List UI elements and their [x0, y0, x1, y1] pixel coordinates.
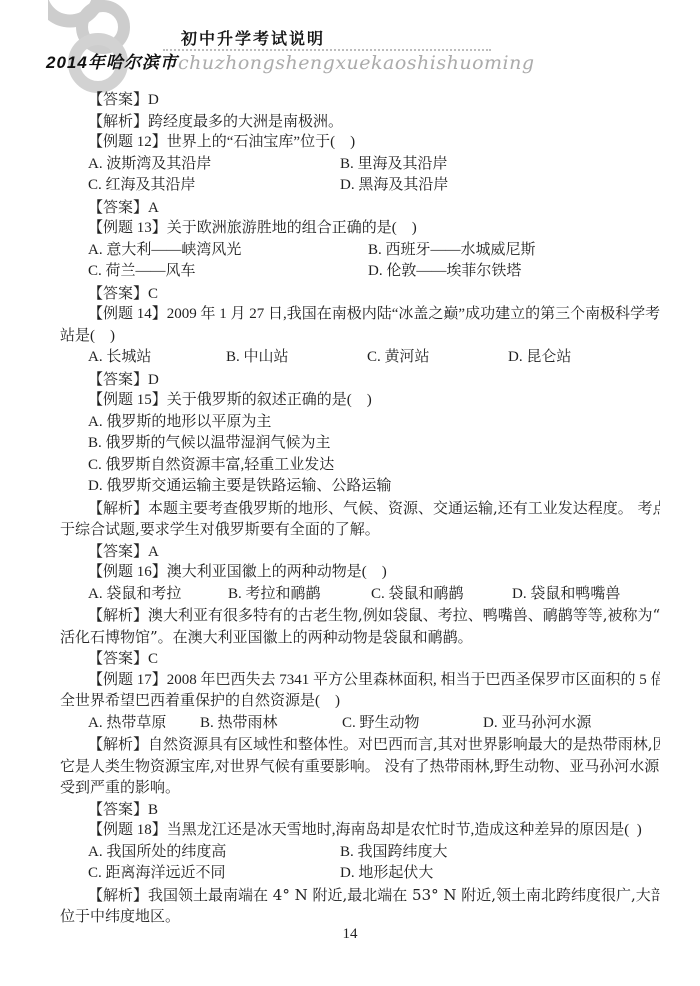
- option-item: B. 里海及其沿岸: [340, 154, 448, 176]
- option-line: C. 俄罗斯自然资源丰富,轻重工业发达: [60, 455, 660, 477]
- question-label: 【例题 18】: [88, 822, 167, 838]
- answer-line: 【答案】D: [60, 89, 660, 111]
- edition-title: 2014年哈尔滨市: [46, 48, 178, 73]
- answer-value: B: [148, 802, 158, 818]
- option-item: D. 地形起伏大: [340, 863, 433, 885]
- answer-value: A: [148, 544, 159, 560]
- answer-label: 【答案】: [88, 649, 148, 667]
- option-item: A. 波斯湾及其沿岸: [88, 154, 340, 176]
- option-item: A. 热带草原: [88, 713, 200, 735]
- question-text: 澳大利亚国徽上的两种动物是( ): [167, 564, 387, 580]
- question-line: 【例题 13】关于欧洲旅游胜地的组合正确的是( ): [60, 218, 660, 240]
- analysis-text: 本题主要考查俄罗斯的地形、气候、资源、交通运输,还有工业发达程度。 考点多,属: [148, 499, 660, 517]
- question-line: 【例题 18】当黑龙江还是冰天雪地时,海南岛却是农忙时节,造成这种差异的原因是(…: [60, 820, 660, 842]
- answer-line: 【答案】C: [60, 648, 660, 670]
- option-item: A. 长城站: [88, 347, 226, 369]
- answer-line: 【答案】D: [60, 369, 660, 391]
- analysis-text: 它是人类生物资源宝库,对世界气候有重要影响。 没有了热带雨林,野生动物、亚马孙河…: [60, 757, 660, 775]
- analysis-text: 跨经度最多的大洲是南极洲。: [148, 112, 343, 130]
- option-item: C. 荷兰——风车: [88, 261, 368, 283]
- dotted-divider: [163, 49, 491, 51]
- option-item: C. 红海及其沿岸: [88, 175, 340, 197]
- option-item: D. 亚马孙河水源: [483, 713, 591, 735]
- option-item: C. 黄河站: [367, 347, 508, 369]
- question-text: 2008 年巴西失去 7341 平方公里森林面积, 相当于巴西圣保罗市区面积的 …: [167, 672, 660, 688]
- analysis-label: 【解析】: [88, 112, 148, 130]
- analysis-text: 活化石博物馆”。在澳大利亚国徽上的两种动物是袋鼠和鸸鹋。: [60, 628, 473, 646]
- question-label: 【例题 14】: [88, 306, 167, 322]
- option-item: C. 距离海洋远近不同: [88, 863, 340, 885]
- analysis-label: 【解析】: [88, 499, 148, 517]
- answer-value: C: [148, 286, 158, 302]
- option-item: A. 我国所处的纬度高: [88, 842, 340, 864]
- option-item: D. 黑海及其沿岸: [340, 175, 448, 197]
- option-line: A. 俄罗斯的地形以平原为主: [60, 412, 660, 434]
- question-line: 【例题 15】关于俄罗斯的叙述正确的是( ): [60, 390, 660, 412]
- option-item: B. 考拉和鸸鹋: [228, 584, 371, 606]
- question-text: 关于俄罗斯的叙述正确的是( ): [167, 392, 372, 408]
- question-line: 【例题 17】2008 年巴西失去 7341 平方公里森林面积, 相当于巴西圣保…: [60, 670, 660, 692]
- analysis-text: 自然资源具有区域性和整体性。对巴西而言,其对世界影响最大的是热带雨林,因为: [148, 735, 660, 753]
- book-title: 初中升学考试说明: [181, 26, 325, 49]
- answer-label: 【答案】: [88, 370, 148, 388]
- question-continuation-line: 全世界希望巴西着重保护的自然资源是( ): [60, 691, 660, 713]
- question-line: 【例题 14】2009 年 1 月 27 日,我国在南极内陆“冰盖之巅”成功建立…: [60, 304, 660, 326]
- question-continuation-line: 站是( ): [60, 326, 660, 348]
- option-line: B. 俄罗斯的气候以温带湿润气候为主: [60, 433, 660, 455]
- answer-line: 【答案】C: [60, 283, 660, 305]
- analysis-label: 【解析】: [88, 886, 148, 904]
- analysis-continuation-line: 于综合试题,要求学生对俄罗斯要有全面的了解。: [60, 519, 660, 541]
- analysis-text: 位于中纬度地区。: [60, 907, 180, 925]
- question-text: 2009 年 1 月 27 日,我国在南极内陆“冰盖之巅”成功建立的第三个南极科…: [167, 306, 660, 322]
- answer-value: A: [148, 200, 159, 216]
- question-line: 【例题 16】澳大利亚国徽上的两种动物是( ): [60, 562, 660, 584]
- options-row: A. 长城站B. 中山站C. 黄河站D. 昆仑站: [60, 347, 660, 369]
- option-item: D. 袋鼠和鸭嘴兽: [512, 584, 620, 606]
- analysis-line: 【解析】本题主要考查俄罗斯的地形、气候、资源、交通运输,还有工业发达程度。 考点…: [60, 498, 660, 520]
- option-item: B. 西班牙——水城威尼斯: [368, 240, 536, 262]
- answer-label: 【答案】: [88, 542, 148, 560]
- option-item: B. 中山站: [226, 347, 367, 369]
- question-label: 【例题 15】: [88, 392, 167, 408]
- options-row: C. 红海及其沿岸D. 黑海及其沿岸: [60, 175, 660, 197]
- analysis-label: 【解析】: [88, 735, 148, 753]
- analysis-text: 我国领土最南端在 4° N 附近,最北端在 53° N 附近,领土南北跨纬度很广…: [148, 886, 660, 904]
- question-label: 【例题 13】: [88, 220, 167, 236]
- answer-label: 【答案】: [88, 800, 148, 818]
- option-item: B. 俄罗斯的气候以温带湿润气候为主: [88, 435, 331, 451]
- analysis-text: 受到严重的影响。: [60, 778, 180, 796]
- answer-line: 【答案】A: [60, 197, 660, 219]
- option-item: D. 俄罗斯交通运输主要是铁路运输、公路运输: [88, 478, 391, 494]
- document-body: 【答案】D 【解析】跨经度最多的大洲是南极洲。 【例题 12】世界上的“石油宝库…: [60, 89, 660, 928]
- question-label: 【例题 17】: [88, 672, 167, 688]
- option-item: D. 昆仑站: [508, 347, 571, 369]
- option-item: C. 俄罗斯自然资源丰富,轻重工业发达: [88, 457, 334, 473]
- answer-value: C: [148, 651, 158, 667]
- options-row: A. 意大利——峡湾风光B. 西班牙——水城威尼斯: [60, 240, 660, 262]
- option-item: A. 意大利——峡湾风光: [88, 240, 368, 262]
- question-label: 【例题 16】: [88, 564, 167, 580]
- options-row: C. 距离海洋远近不同D. 地形起伏大: [60, 863, 660, 885]
- page-header: 2014年哈尔滨市 初中升学考试说明 chuzhongshengxuekaosh…: [0, 0, 700, 88]
- analysis-line: 【解析】自然资源具有区域性和整体性。对巴西而言,其对世界影响最大的是热带雨林,因…: [60, 734, 660, 756]
- analysis-text: 于综合试题,要求学生对俄罗斯要有全面的了解。: [60, 520, 380, 538]
- question-line: 【例题 12】世界上的“石油宝库”位于( ): [60, 132, 660, 154]
- question-text: 世界上的“石油宝库”位于( ): [167, 134, 355, 150]
- options-row: A. 波斯湾及其沿岸B. 里海及其沿岸: [60, 154, 660, 176]
- question-text: 全世界希望巴西着重保护的自然资源是( ): [60, 693, 340, 709]
- answer-value: D: [148, 372, 159, 388]
- question-text: 站是( ): [60, 328, 115, 344]
- analysis-label: 【解析】: [88, 606, 148, 624]
- options-row: A. 袋鼠和考拉B. 考拉和鸸鹋C. 袋鼠和鸸鹋D. 袋鼠和鸭嘴兽: [60, 584, 660, 606]
- question-text: 关于欧洲旅游胜地的组合正确的是( ): [167, 220, 417, 236]
- analysis-line: 【解析】澳大利亚有很多特有的古老生物,例如袋鼠、考拉、鸭嘴兽、鸸鹋等等,被称为“…: [60, 605, 660, 627]
- page-number: 14: [0, 926, 700, 943]
- option-item: C. 袋鼠和鸸鹋: [371, 584, 512, 606]
- analysis-continuation-line: 位于中纬度地区。: [60, 906, 660, 928]
- analysis-line: 【解析】我国领土最南端在 4° N 附近,最北端在 53° N 附近,领土南北跨…: [60, 885, 660, 907]
- option-item: B. 我国跨纬度大: [340, 842, 448, 864]
- answer-line: 【答案】A: [60, 541, 660, 563]
- answer-label: 【答案】: [88, 284, 148, 302]
- pinyin-subtitle: chuzhongshengxuekaoshishuoming: [178, 52, 535, 74]
- question-label: 【例题 12】: [88, 134, 167, 150]
- analysis-continuation-line: 受到严重的影响。: [60, 777, 660, 799]
- answer-value: D: [148, 92, 159, 108]
- answer-label: 【答案】: [88, 90, 148, 108]
- option-item: A. 袋鼠和考拉: [88, 584, 228, 606]
- options-row: A. 我国所处的纬度高B. 我国跨纬度大: [60, 842, 660, 864]
- option-item: A. 俄罗斯的地形以平原为主: [88, 414, 271, 430]
- analysis-text: 澳大利亚有很多特有的古老生物,例如袋鼠、考拉、鸭嘴兽、鸸鹋等等,被称为“世界: [148, 606, 660, 624]
- options-row: A. 热带草原B. 热带雨林C. 野生动物D. 亚马孙河水源: [60, 713, 660, 735]
- option-item: C. 野生动物: [342, 713, 483, 735]
- answer-label: 【答案】: [88, 198, 148, 216]
- answer-line: 【答案】B: [60, 799, 660, 821]
- options-row: C. 荷兰——风车D. 伦敦——埃菲尔铁塔: [60, 261, 660, 283]
- analysis-line: 【解析】跨经度最多的大洲是南极洲。: [60, 111, 660, 133]
- question-text: 当黑龙江还是冰天雪地时,海南岛却是农忙时节,造成这种差异的原因是( ): [167, 822, 642, 838]
- option-item: D. 伦敦——埃菲尔铁塔: [368, 261, 521, 283]
- analysis-continuation-line: 它是人类生物资源宝库,对世界气候有重要影响。 没有了热带雨林,野生动物、亚马孙河…: [60, 756, 660, 778]
- analysis-continuation-line: 活化石博物馆”。在澳大利亚国徽上的两种动物是袋鼠和鸸鹋。: [60, 627, 660, 649]
- option-item: B. 热带雨林: [200, 713, 342, 735]
- option-line: D. 俄罗斯交通运输主要是铁路运输、公路运输: [60, 476, 660, 498]
